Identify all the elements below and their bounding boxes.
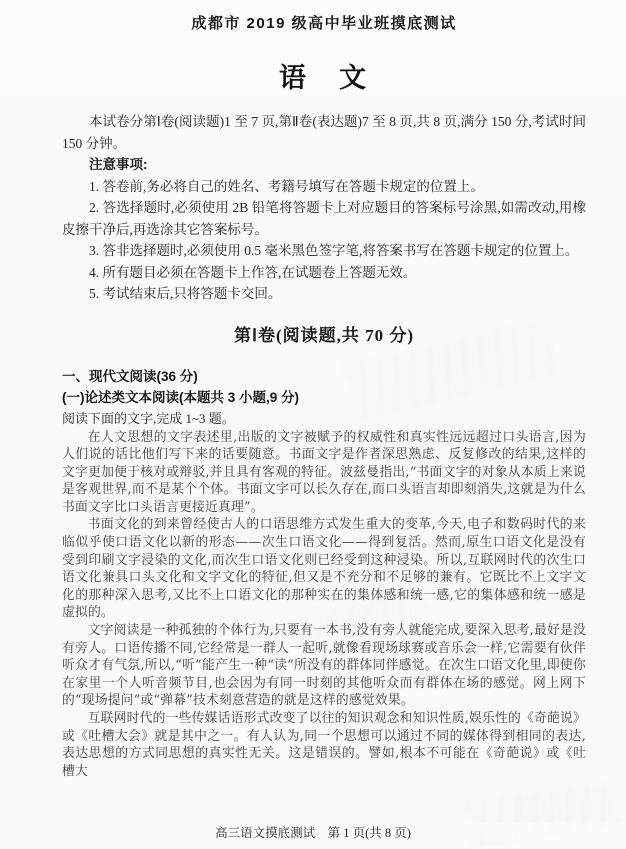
- notice-item: 1. 答卷前,务必将自己的姓名、考籍号填写在答题卡规定的位置上。: [62, 176, 586, 198]
- page-footer: 高三语文摸底测试 第 1 页(共 8 页): [0, 823, 626, 841]
- passage-paragraph: 书面文化的到来曾经使古人的口语思维方式发生重大的变革,今天,电子和数码时代的来临…: [62, 516, 586, 622]
- notice-item: 3. 答非选择题时,必须使用 0.5 毫米黑色签字笔,将答案书写在答题卡规定的位…: [62, 240, 586, 262]
- passage-paragraph: 在人文思想的文字表述里,出版的文字被赋予的权威性和真实性远远超过口头语言,因为人…: [62, 429, 586, 517]
- notice-item: 2. 答选择题时,必须使用 2B 铅笔将答题卡上对应题目的答案标号涂黑,如需改动…: [62, 197, 586, 240]
- notice-heading: 注意事项:: [62, 154, 586, 176]
- section1-heading: 第Ⅰ卷(阅读题,共 70 分): [62, 322, 586, 349]
- exam-intro: 本试卷分第Ⅰ卷(阅读题)1 至 7 页,第Ⅱ卷(表达题)7 至 8 页,共 8 …: [62, 111, 586, 154]
- reading-passage: 在人文思想的文字表述里,出版的文字被赋予的权威性和真实性远远超过口头语言,因为人…: [62, 429, 586, 781]
- page-title: 成都市 2019 级高中毕业班摸底测试: [62, 12, 586, 33]
- subpart-title-argumentative-text: (一)论述类文本阅读(本题共 3 小题,9 分): [62, 387, 586, 408]
- exam-page: 成都市 2019 级高中毕业班摸底测试 语 文 本试卷分第Ⅰ卷(阅读题)1 至 …: [0, 0, 626, 849]
- notice-item: 5. 考试结束后,只将答题卡交回。: [62, 283, 586, 305]
- subject-title: 语 文: [62, 56, 586, 95]
- passage-paragraph: 互联网时代的一些传媒话语形式改变了以往的知识观念和知识性质,娱乐性的《奇葩说》或…: [62, 710, 586, 780]
- reading-instruction: 阅读下面的文字,完成 1~3 题。: [62, 408, 586, 429]
- passage-paragraph: 文字阅读是一种孤独的个体行为,只要有一本书,没有旁人就能完成,要深入思考,最好是…: [62, 622, 586, 710]
- notice-item: 4. 所有题目必须在答题卡上作答,在试题卷上答题无效。: [62, 262, 586, 284]
- notice-section: 注意事项: 1. 答卷前,务必将自己的姓名、考籍号填写在答题卡规定的位置上。 2…: [62, 154, 586, 305]
- part-title-modern-reading: 一、现代文阅读(36 分): [62, 366, 586, 387]
